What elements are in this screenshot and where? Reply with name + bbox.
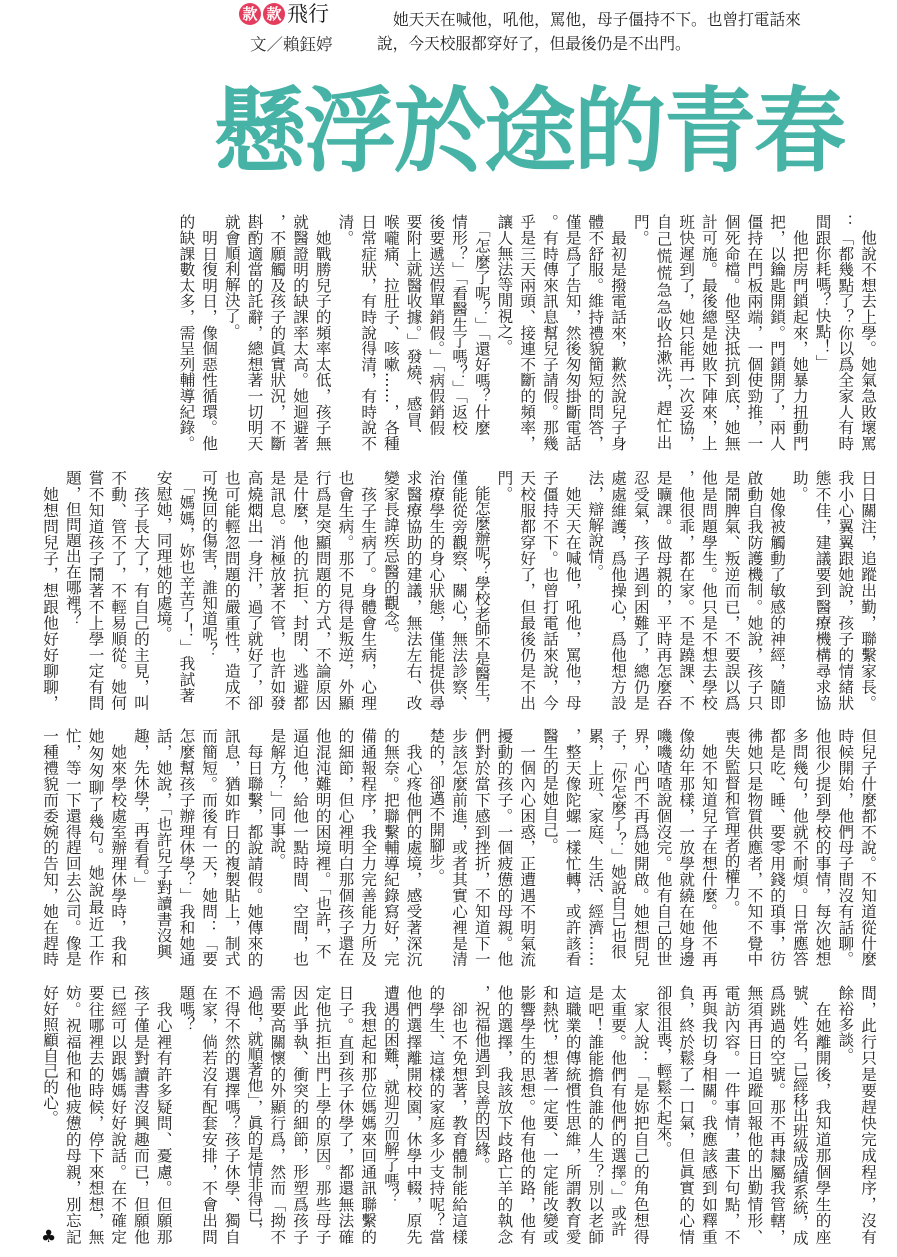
text-column: 僵持在門板兩端，一個使勁推，一 xyxy=(743,214,765,451)
text-column: 步該怎麼前進，或者其實心裡是清 xyxy=(448,728,470,967)
text-column: 是曠課。做母親的，平時再怎麼吞 xyxy=(653,470,675,711)
text-column: 都是吃、睡、要零用錢的瑣事，彷 xyxy=(766,728,788,967)
text-column: 餘裕多談。 xyxy=(834,985,856,1245)
text-column: 爲跳過的空號。那不再隸屬我管轄， xyxy=(766,985,788,1245)
text-column: 擾動的孩子。一個疲憊的母親。他 xyxy=(493,728,515,967)
text-column: 在家，倘若沒有配套安排，不會出問 xyxy=(198,985,220,1245)
text-column: 們對於當下感到挫折，不知道下一 xyxy=(471,728,493,967)
text-column: 忍受氣，孩子遇到困難了，總仍是 xyxy=(630,470,652,711)
text-column: 法，辯解說情。 xyxy=(584,470,606,711)
text-column: ，祝福他遇到良善的因緣。 xyxy=(471,985,493,1245)
text-column: 這職業的傳統慣性思維，所謂教育愛 xyxy=(562,985,584,1245)
text-column: 楚的，卻邁不開腳步。 xyxy=(425,728,447,967)
text-column: 我小心翼翼跟她說，孩子的情緒狀 xyxy=(834,470,856,711)
text-column: 她戰勝兒子的頻率太低，孩子無 xyxy=(312,214,334,451)
text-column: 間跟你耗嗎？快點！」 xyxy=(812,214,834,451)
club-end-mark-icon: ♣ xyxy=(41,1228,56,1246)
text-column: 計可施。最後總是她敗下陣來，上 xyxy=(698,214,720,451)
text-column: 嘰嘰喳喳說個沒完。他有自己的世 xyxy=(653,728,675,967)
text-column: 乎是三天兩頭、接連不斷的頻率， xyxy=(516,214,538,451)
text-column: 忙，等一下還得趕回去公司。像是 xyxy=(62,728,84,967)
text-column: ，不願觸及孩子的眞實狀況，不斷 xyxy=(266,214,288,451)
text-column: 喪失監督和管理者的權力。 xyxy=(721,728,743,967)
text-column: 子，「你怎麼了？」她說自己也很 xyxy=(607,728,629,967)
text-column: 變家長諱疾忌醫的觀念。 xyxy=(380,470,402,711)
text-column: 她匆匆聊了幾句。她說最近工作 xyxy=(85,728,107,967)
text-column: 清。 xyxy=(334,214,356,451)
text-column: 他是問題學生。他只是不想去學校 xyxy=(698,470,720,711)
text-column: 影響學生的思想。他有他的路，他有 xyxy=(516,985,538,1245)
text-column: 她想問兒子，想跟他好好聊聊， xyxy=(39,470,61,711)
text-column: 話，她說，「也許兒子對讀書沒興 xyxy=(153,728,175,967)
text-column: 最初是撥電話來，歉然說兒子身 xyxy=(607,214,629,451)
text-column: 是吧！誰能擔負誰的人生？別以老師 xyxy=(584,985,606,1245)
text-column: 孩子生病了。身體會生病，心理 xyxy=(357,470,379,711)
text-column: 天校服都穿好了，但最後仍是不出 xyxy=(516,470,538,711)
text-column: 不動、管不了，不輕易順從。她何 xyxy=(107,470,129,711)
text-column: 需要高關懷的外顯行爲，然而「拗不 xyxy=(266,985,288,1245)
article-body: 他說不想去上學。她氣急敗壞罵：「都幾點了？你以爲全家人有時間跟你耗嗎？快點！」他… xyxy=(0,0,897,1257)
text-column: 界，心門不再爲她開啟。她想問兒 xyxy=(630,728,652,967)
article-page: 款 款 飛行 文／賴鈺婷 她天天在喊他，吼他，罵他，母子僵持不下。也曾打電話來 … xyxy=(0,0,897,1257)
text-column: 。有時傳來訊息幫兒子請假。那幾 xyxy=(539,214,561,451)
text-column: 已經可以跟媽媽好好說話。在不確定 xyxy=(107,985,129,1245)
text-column: 態不佳，建議要到醫療機構尋求協 xyxy=(812,470,834,711)
text-column: 備通報程序，我全力完善能力所及 xyxy=(357,728,379,967)
text-column: 一個內心困惑，正遭遇不明氣流 xyxy=(516,728,538,967)
text-column: 無須再日日追蹤回報他的出勤情形、 xyxy=(743,985,765,1245)
text-column: 不得不然的選擇嗎？孩子休學、獨自 xyxy=(221,985,243,1245)
text-column: 也會生病。那不見得是叛逆，外顯 xyxy=(334,470,356,711)
text-column: 他混沌難明的困境裡。「也許，不 xyxy=(312,728,334,967)
text-column: 的細節，但心裡明白那個孩子還在 xyxy=(334,728,356,967)
text-column: ，他很乖，都在家。不是蹺課、不 xyxy=(675,470,697,711)
text-column: 自己慌慌急急收拾漱洗，趕忙出 xyxy=(653,214,675,451)
text-column: 在她離開後，我知道那個學生的座 xyxy=(812,985,834,1245)
text-column: 電訪內容。一件事情，畫下句點，不 xyxy=(721,985,743,1245)
text-column: 一種禮貌而委婉的告知，她在趕時 xyxy=(39,728,61,967)
text-column: 是鬧脾氣、叛逆而已，不要誤以爲 xyxy=(721,470,743,711)
text-column: 要往哪裡去的時候，停下來想想，無 xyxy=(85,985,107,1245)
text-column: 嘗不知道孩子鬧著不上學一定有問 xyxy=(85,470,107,711)
text-column: 彿她只是物質供應者，不知不覺中 xyxy=(743,728,765,967)
text-column: 要附上就醫收據。」發燒、感冒、 xyxy=(403,214,425,451)
text-column: 安慰她，同理她的處境。 xyxy=(153,470,175,711)
text-column: 班快遲到了，她只能再一次妥協， xyxy=(675,214,697,451)
text-column: 他很少提到學校的事情，每次她想 xyxy=(812,728,834,967)
text-column: 日子。直到孩子休學了，都還無法確 xyxy=(334,985,356,1245)
text-column: 高燒燜出一身汗，過了就好了，卻 xyxy=(244,470,266,711)
text-column: 啟動自我防護機制。她說，孩子只 xyxy=(743,470,765,711)
text-column: 日日關注，追蹤出勤，聯繫家長。 xyxy=(857,470,879,711)
text-column: 定他抗拒出門上學的原因。那些母子 xyxy=(312,985,334,1245)
text-column: 過他，就順著他」，眞的是情非得已， xyxy=(244,985,266,1245)
text-column: 她像被觸動了敏感的神經，隨即 xyxy=(766,470,788,711)
text-column: 和熱忱，想著一定要、一定能改變或 xyxy=(539,985,561,1245)
text-column: 太重要。他們有他們的選擇。」或許 xyxy=(607,985,629,1245)
text-column: 讓人無法等閒視之。 xyxy=(493,214,515,451)
text-column: 可挽回的傷害，誰知道呢？ xyxy=(198,470,220,711)
text-column: 再與我切身相關。我應該感到如釋重 xyxy=(698,985,720,1245)
text-column: 體不舒服。維持禮貌簡短的問答， xyxy=(584,214,606,451)
text-column: 每日聯繫，都說請假。她傳來的 xyxy=(244,728,266,967)
text-column: 遭遇的困難，就迎刃而解了嗎？ xyxy=(380,985,402,1245)
text-column: 就醫證明的缺課率太高。她迴避著 xyxy=(289,214,311,451)
text-column: 是訊息。消極放著不管，也許如發 xyxy=(266,470,288,711)
text-column: 怎麼幫孩子辦理休學？」我和她通 xyxy=(175,728,197,967)
text-column: 「怎麼了呢？」「還好嗎？什麼 xyxy=(471,214,493,451)
text-column: 處處維護，爲他操心，爲他想方設 xyxy=(607,470,629,711)
text-column: 的學生、這樣的家庭多少支持呢？當 xyxy=(425,985,447,1245)
text-column: 是什麼，他的抗拒、封閉、逃避都 xyxy=(289,470,311,711)
text-column: 孩子僅是對讀書沒興趣而已，但願他 xyxy=(130,985,152,1245)
text-column: 我想起和那位媽媽來回通訊聯繫的 xyxy=(357,985,379,1245)
text-column: 日常症狀，有時說得清，有時說不 xyxy=(357,214,379,451)
text-column: 好好照顧自己的心。 xyxy=(39,985,61,1245)
text-column: 子僵持不下。也曾打電話來說，今 xyxy=(539,470,561,711)
text-column: 負，終於鬆了一口氣，但眞實的心情 xyxy=(675,985,697,1245)
text-column: 他們選擇離開校園，休學中輟，原先 xyxy=(403,985,425,1245)
text-column: 多問幾句，他就不耐煩。日常應答 xyxy=(789,728,811,967)
text-column: 她不知道兒子在想什麼。他不再 xyxy=(698,728,720,967)
text-column: 把，以鑰匙開鎖。門鎖開了，兩人 xyxy=(766,214,788,451)
text-column: 他說不想去上學。她氣急敗壞罵 xyxy=(857,214,879,451)
text-column: 卻很沮喪，輕鬆不起來。 xyxy=(653,985,675,1245)
text-column: 孩子長大了，有自己的主見，叫 xyxy=(130,470,152,711)
text-column: 他的選擇，我該放下歧路亡羊的執念 xyxy=(493,985,515,1245)
text-column: 他把房門鎖起來，她暴力扭動門 xyxy=(789,214,811,451)
text-column: 是解方？」同事說。 xyxy=(266,728,288,967)
text-column: 僅是爲了告知，然後匆匆掛斷電話 xyxy=(562,214,584,451)
text-column: 間，此行只是要趕快完成程序，沒有 xyxy=(857,985,879,1245)
text-column: 逼迫他，給他一點時間、空間，也 xyxy=(289,728,311,967)
text-column: 因此爭執、衝突的細節，形塑爲孩子 xyxy=(289,985,311,1245)
text-column: 個死命檔。他堅決抵抗到底，她無 xyxy=(721,214,743,451)
text-column: 的無奈。把聯繫輔導紀錄寫好，完 xyxy=(380,728,402,967)
text-column: 門。 xyxy=(493,470,515,711)
text-column: ：「都幾點了？你以爲全家人有時 xyxy=(834,214,856,451)
text-column: 後要遞送假單銷假。」「病假銷假 xyxy=(425,214,447,451)
text-column: 行爲是突顯問題的方式，不論原因 xyxy=(312,470,334,711)
text-column: ，整天像陀螺一樣忙轉，或許該看 xyxy=(562,728,584,967)
text-column: 明日復明日，像個惡性循環。他 xyxy=(198,214,220,451)
text-column: 妨。祝福他和他疲憊的母親，別忘記 xyxy=(62,985,84,1245)
text-column: 她來學校處室辦理休學時，我和 xyxy=(107,728,129,967)
text-column: 就會順利解決了。 xyxy=(221,214,243,451)
text-column: 也可能輕忽問題的嚴重性，造成不 xyxy=(221,470,243,711)
text-column: 題，但問題出在哪裡？ xyxy=(62,470,84,711)
text-column: 我心裡有許多疑問、憂慮。但願那 xyxy=(153,985,175,1245)
text-column: 題嗎？ xyxy=(175,985,197,1245)
text-column: 治療學生的身心狀態，僅能提供尋 xyxy=(425,470,447,711)
text-column: 醫生的是她自己。 xyxy=(539,728,561,967)
text-column: 斟酌適當的託辭，總想著一切明天 xyxy=(244,214,266,451)
text-column: 像幼年那樣，一放學就繞在她身邊 xyxy=(675,728,697,967)
text-column: 僅能從旁觀察、關心，無法診察、 xyxy=(448,470,470,711)
text-column: 訊息，猶如昨日的複製貼上，制式 xyxy=(221,728,243,967)
text-column: 我心疼他們的處境，感受著深沉 xyxy=(403,728,425,967)
text-column: 的缺課數太多，需呈列輔導紀錄。 xyxy=(175,214,197,451)
text-column: 門。 xyxy=(630,214,652,451)
text-column: 喉嚨痛、拉肚子、咳嗽……，各種 xyxy=(380,214,402,451)
text-column: 情形？」「看醫生了嗎？」「返校 xyxy=(448,214,470,451)
text-column: 助。 xyxy=(789,470,811,711)
text-column: 卻也不免想著，教育體制能給這樣 xyxy=(448,985,470,1245)
text-column: 累，上班、家庭、生活、經濟…… xyxy=(584,728,606,967)
text-column: 求醫療協助的建議，無法左右、改 xyxy=(403,470,425,711)
text-column: 但兒子什麼都不說。不知道從什麼 xyxy=(857,728,879,967)
text-column: 「媽媽，妳也辛苦了！」我試著 xyxy=(175,470,197,711)
text-column: 她天天在喊他，吼他，罵他，母 xyxy=(562,470,584,711)
text-column: 家人說：「是妳把自己的角色想得 xyxy=(630,985,652,1245)
text-column: 時候開始，他們母子間沒有話聊。 xyxy=(834,728,856,967)
text-column: 能怎麼辦呢？學校老師不是醫生， xyxy=(471,470,493,711)
text-column: 趣，先休學，再看看。」 xyxy=(130,728,152,967)
text-column: 號、姓名，已經移出班級成績系統，成 xyxy=(789,985,811,1245)
text-column: 而簡短。而後有一天，她問：「要 xyxy=(198,728,220,967)
